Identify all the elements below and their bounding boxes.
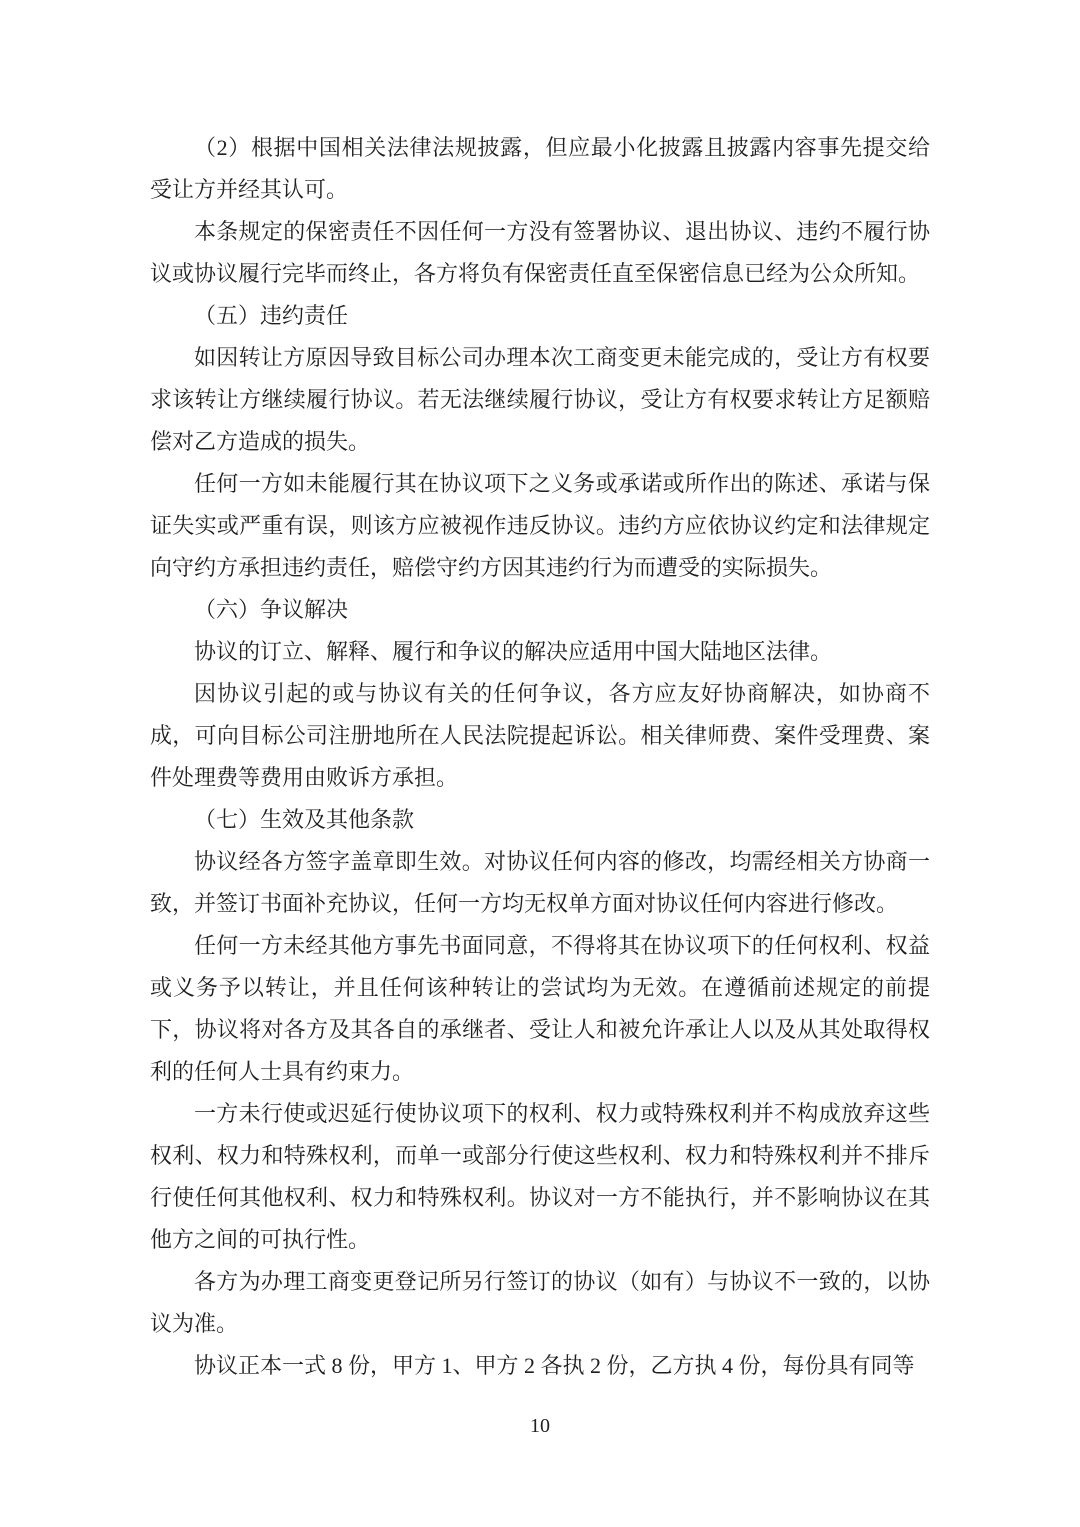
contract-paragraph: （2）根据中国相关法律法规披露，但应最小化披露且披露内容事先提交给受让方并经其认… — [150, 127, 930, 211]
contract-paragraph: 如因转让方原因导致目标公司办理本次工商变更未能完成的，受让方有权要求该转让方继续… — [150, 337, 930, 463]
section-heading: （五）违约责任 — [150, 295, 930, 337]
page-number: 10 — [0, 1413, 1080, 1439]
section-heading: （七）生效及其他条款 — [150, 799, 930, 841]
contract-paragraph: 协议正本一式 8 份，甲方 1、甲方 2 各执 2 份，乙方执 4 份，每份具有… — [150, 1345, 930, 1387]
contract-body: （2）根据中国相关法律法规披露，但应最小化披露且披露内容事先提交给受让方并经其认… — [150, 127, 930, 1387]
contract-paragraph: 一方未行使或迟延行使协议项下的权利、权力或特殊权利并不构成放弃这些权利、权力和特… — [150, 1093, 930, 1261]
contract-paragraph: 任何一方未经其他方事先书面同意，不得将其在协议项下的任何权利、权益或义务予以转让… — [150, 925, 930, 1093]
contract-paragraph: 本条规定的保密责任不因任何一方没有签署协议、退出协议、违约不履行协议或协议履行完… — [150, 211, 930, 295]
contract-paragraph: 任何一方如未能履行其在协议项下之义务或承诺或所作出的陈述、承诺与保证失实或严重有… — [150, 463, 930, 589]
contract-paragraph: 各方为办理工商变更登记所另行签订的协议（如有）与协议不一致的，以协议为准。 — [150, 1261, 930, 1345]
document-page: （2）根据中国相关法律法规披露，但应最小化披露且披露内容事先提交给受让方并经其认… — [0, 0, 1080, 1527]
contract-paragraph: 协议的订立、解释、履行和争议的解决应适用中国大陆地区法律。 — [150, 631, 930, 673]
contract-paragraph: 因协议引起的或与协议有关的任何争议，各方应友好协商解决，如协商不成，可向目标公司… — [150, 673, 930, 799]
section-heading: （六）争议解决 — [150, 589, 930, 631]
contract-paragraph: 协议经各方签字盖章即生效。对协议任何内容的修改，均需经相关方协商一致，并签订书面… — [150, 841, 930, 925]
